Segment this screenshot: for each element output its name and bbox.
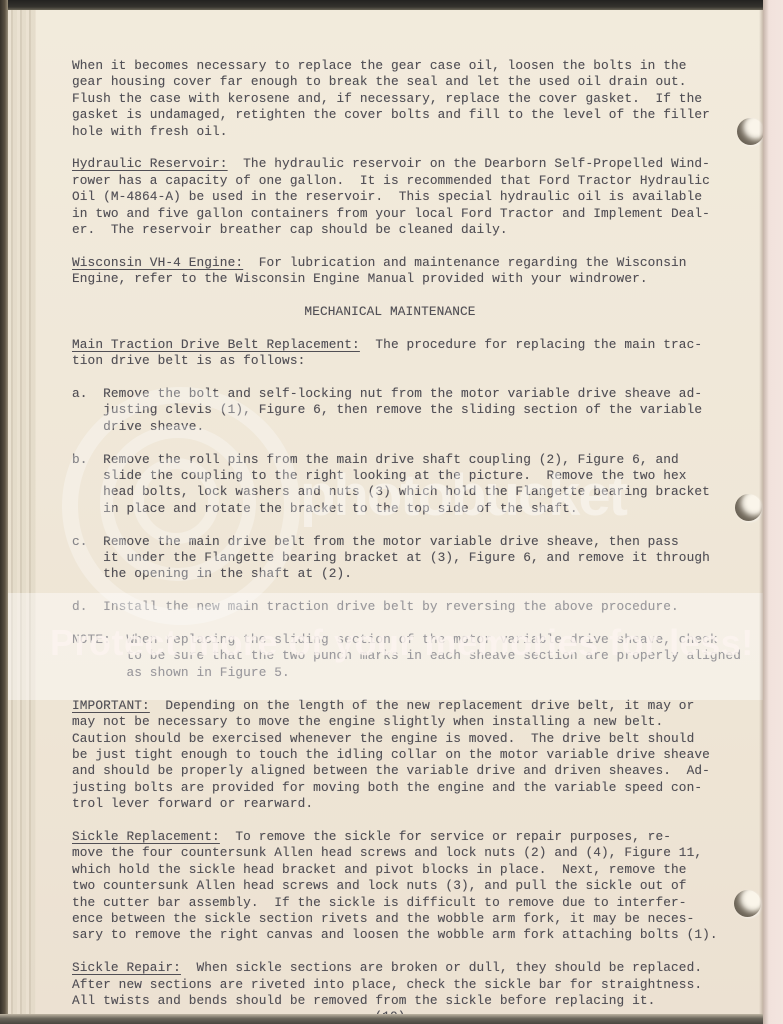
binder-hole	[734, 890, 761, 917]
scan-edge-bottom	[0, 1014, 783, 1024]
paragraph: IMPORTANT: Depending on the length of th…	[72, 698, 708, 813]
paragraph: Hydraulic Reservoir: The hydraulic reser…	[72, 156, 708, 238]
scan-edge-right	[763, 0, 783, 1024]
binder-hole	[735, 494, 762, 521]
paragraph: NOTE: When replacing the sliding section…	[72, 632, 708, 681]
underlined-heading: Wisconsin VH-4 Engine:	[72, 255, 243, 270]
list-item: b. Remove the roll pins from the main dr…	[72, 452, 708, 518]
underlined-heading: Sickle Replacement:	[72, 829, 220, 844]
document-text: When it becomes necessary to replace the…	[72, 58, 708, 1024]
list-item: c. Remove the main drive belt from the m…	[72, 534, 708, 583]
underlined-heading: Sickle Repair:	[72, 960, 181, 975]
list-item: a. Remove the bolt and self-locking nut …	[72, 386, 708, 435]
list-item: d. Install the new main traction drive b…	[72, 599, 708, 615]
paragraph: Wisconsin VH-4 Engine: For lubrication a…	[72, 255, 708, 288]
underlined-heading: Hydraulic Reservoir:	[72, 156, 228, 171]
scan-edge-left	[0, 0, 8, 1024]
paragraph: Main Traction Drive Belt Replacement: Th…	[72, 337, 708, 370]
underlined-heading: IMPORTANT:	[72, 698, 150, 713]
paragraph: When it becomes necessary to replace the…	[72, 58, 708, 140]
book-binding-edge	[8, 10, 36, 1014]
scan-edge-top	[0, 0, 783, 10]
paragraph: Sickle Repair: When sickle sections are …	[72, 960, 708, 1009]
paragraph: Sickle Replacement: To remove the sickle…	[72, 829, 708, 944]
section-heading: MECHANICAL MAINTENANCE	[72, 304, 708, 320]
scanned-page: When it becomes necessary to replace the…	[0, 0, 783, 1024]
underlined-heading: Main Traction Drive Belt Replacement:	[72, 337, 360, 352]
